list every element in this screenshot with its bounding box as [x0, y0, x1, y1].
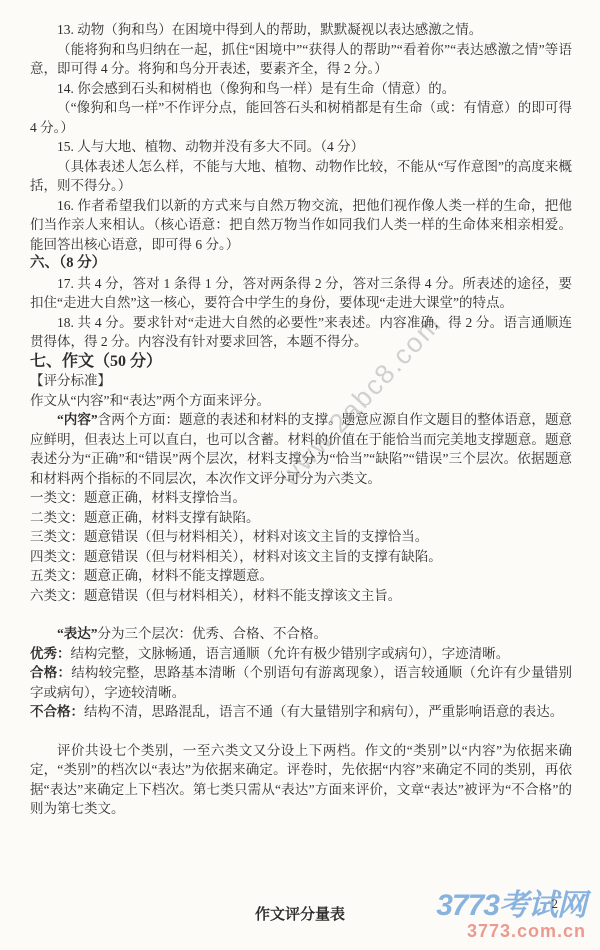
answer-18: 18. 共 4 分。要求针对“走进大自然的必要性”来表述。内容准确，得 2 分。…: [30, 313, 572, 352]
scoring-standard-label: 【评分标准】: [30, 371, 572, 391]
answer-16: 16. 作者希望我们以新的方式来与自然万物交流，把他们视作像人类一样的生命，把他…: [30, 196, 572, 255]
expression-description: 分为三个层次：优秀、合格、不合格。: [98, 626, 328, 641]
scoring-note-13: （能将狗和鸟归纳在一起，抓住“困境中”“获得人的帮助”“看着你”“表达感激之情”…: [30, 40, 572, 79]
grade-fail: 不合格：结构不清，思路混乱，语言不通（有大量错别字和病句），严重影响语意的表达。: [30, 702, 572, 722]
answer-13: 13. 动物（狗和鸟）在困境中得到人的帮助，默默凝视以表达感激之情。: [30, 20, 572, 40]
scoring-standard-intro: 作文从“内容”和“表达”两个方面来评分。: [30, 391, 572, 411]
expression-criterion-paragraph: “表达”分为三个层次：优秀、合格、不合格。: [30, 624, 572, 644]
class-1-definition: 一类文：题意正确，材料支撑恰当。: [30, 488, 572, 508]
grade-pass-label: 合格：: [30, 665, 71, 680]
section-seven-heading: 七、作文（50 分）: [30, 352, 572, 372]
class-4-definition: 四类文：题意错误（但与材料相关），材料对该文主旨的支撑有缺陷。: [30, 547, 572, 567]
blank-line: [30, 605, 572, 624]
grade-excellent-description: 结构完整，文脉畅通，语言通顺（允许有极少错别字或病句），字迹清晰。: [71, 646, 510, 661]
class-5-definition: 五类文：题意正确，材料不能支撑题意。: [30, 566, 572, 586]
answer-15: 15. 人与大地、植物、动物并没有多大不同。（4 分）: [30, 137, 572, 157]
grade-fail-label: 不合格：: [30, 704, 84, 719]
site-logo-domain: 3773.com.cn: [436, 922, 586, 940]
grade-excellent: 优秀：结构完整，文脉畅通，语言通顺（允许有极少错别字或病句），字迹清晰。: [30, 644, 572, 664]
answer-14: 14. 你会感到石头和树梢也（像狗和鸟一样）是有生命（情意）的。: [30, 79, 572, 99]
grade-pass-description: 结构较完整，思路基本清晰（个别语句有游离现象），语言较通顺（允许有少量错别字或病…: [30, 665, 572, 700]
scoring-note-14: （“像狗和鸟一样”不作评分点，能回答石头和树梢都是有生命（或：有情意）的即可得 …: [30, 98, 572, 137]
section-six-heading: 六、（8 分）: [30, 254, 572, 274]
evaluation-paragraph: 评价共设七个类别，一至六类文又分设上下两档。作文的“类别”以“内容”为依据来确定…: [30, 741, 572, 819]
class-2-definition: 二类文：题意正确，材料支撑有缺陷。: [30, 508, 572, 528]
site-logo-name: 3773考试网: [436, 891, 586, 921]
grade-excellent-label: 优秀：: [30, 646, 71, 661]
content-description: 含两个方面：题意的表述和材料的支撑。题意应源自作文题目的整体语意，题意应鲜明，但…: [30, 412, 572, 486]
answer-17: 17. 共 4 分，答对 1 条得 1 分，答对两条得 2 分，答对三条得 4 …: [30, 274, 572, 313]
class-6-definition: 六类文：题意错误（但与材料相关），材料不能支撑该文主旨。: [30, 586, 572, 606]
grade-pass: 合格：结构较完整，思路基本清晰（个别语句有游离现象），语言较通顺（允许有少量错别…: [30, 663, 572, 702]
document-body: 13. 动物（狗和鸟）在困境中得到人的帮助，默默凝视以表达感激之情。 （能将狗和…: [30, 20, 572, 819]
expression-term: “表达”: [57, 626, 98, 641]
content-term: “内容”: [57, 412, 98, 427]
content-criterion-paragraph: “内容”含两个方面：题意的表述和材料的支撑。题意应源自作文题目的整体语意，题意应…: [30, 410, 572, 488]
scanned-document-page: www.2abc8.com 13. 动物（狗和鸟）在困境中得到人的帮助，默默凝视…: [0, 0, 600, 950]
scoring-note-15: （具体表述人怎么样，不能与大地、植物、动物作比较，不能从“写作意图”的高度来概括…: [30, 157, 572, 196]
site-logo: 3773考试网 3773.com.cn: [436, 891, 586, 940]
class-3-definition: 三类文：题意错误（但与材料相关），材料对该文主旨的支撑恰当。: [30, 527, 572, 547]
page-number: 2: [552, 896, 559, 912]
grade-fail-description: 结构不清，思路混乱，语言不通（有大量错别字和病句），严重影响语意的表达。: [84, 704, 563, 719]
blank-line: [30, 722, 572, 741]
